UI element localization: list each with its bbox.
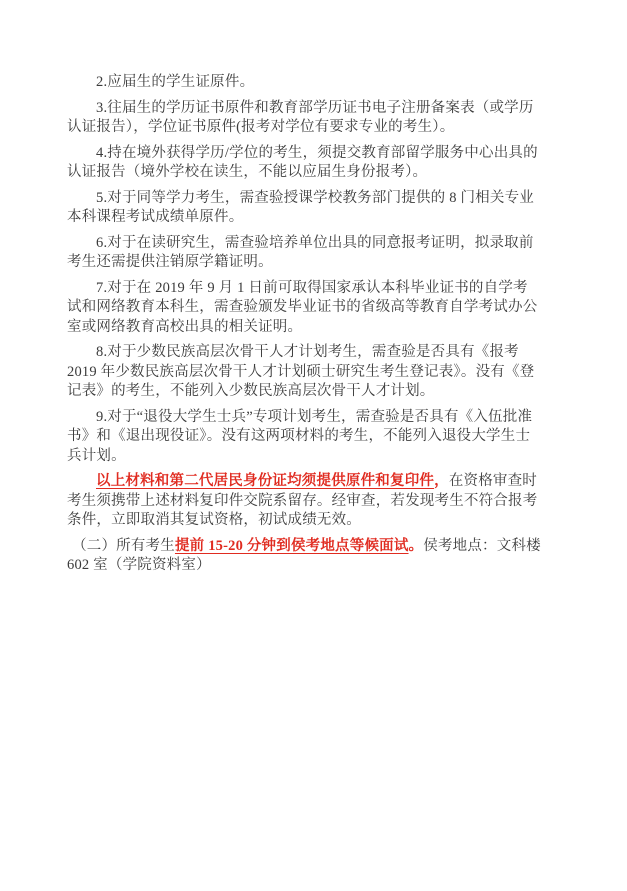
paragraph: 以上材料和第二代居民身份证均须提供原件和复印件，在资格审查时考生须携带上述材料复… — [67, 472, 541, 531]
paragraph: （二）所有考生提前 15-20 分钟到侯考地点等候面试。侯考地点：文科楼602 … — [67, 537, 541, 576]
text-run: 3.往届生的学历证书原件和教育部学历证书电子注册备案表（或学历认证报告），学位证… — [67, 100, 534, 136]
paragraph: 7.对于在 2019 年 9 月 1 日前可取得国家承认本科毕业证书的自学考试和… — [67, 279, 541, 338]
text-run: 7.对于在 2019 年 9 月 1 日前可取得国家承认本科毕业证书的自学考试和… — [67, 280, 537, 335]
text-run: 2.应届生的学生证原件。 — [96, 74, 254, 90]
text-run: 4.持在境外获得学历/学位的考生，须提交教育部留学服务中心出具的认证报告（境外学… — [67, 145, 538, 181]
paragraph: 3.往届生的学历证书原件和教育部学历证书电子注册备案表（或学历认证报告），学位证… — [67, 99, 541, 138]
emphasized-text-run: 提前 15-20 分钟到侯考地点等候面试 — [175, 538, 409, 554]
paragraph: 2.应届生的学生证原件。 — [67, 73, 541, 93]
emphasized-text-run: ， — [434, 473, 449, 489]
emphasized-text-run: 以上材料和第二代居民身份证均须提供原件和复印件 — [96, 473, 434, 489]
text-run: 9.对于“退役大学生士兵”专项计划考生，需查验是否具有《入伍批准书》和《退出现役… — [67, 409, 532, 464]
emphasized-text-run: 。 — [409, 538, 424, 554]
paragraph: 6.对于在读研究生，需查验培养单位出具的同意报考证明，拟录取前考生还需提供注销原… — [67, 234, 541, 273]
document-content: 2.应届生的学生证原件。3.往届生的学历证书原件和教育部学历证书电子注册备案表（… — [67, 73, 541, 576]
paragraph: 4.持在境外获得学历/学位的考生，须提交教育部留学服务中心出具的认证报告（境外学… — [67, 144, 541, 183]
paragraph: 5.对于同等学力考生，需查验授课学校教务部门提供的 8 门相关专业本科课程考试成… — [67, 189, 541, 228]
document-page: 2.应届生的学生证原件。3.往届生的学历证书原件和教育部学历证书电子注册备案表（… — [0, 0, 627, 891]
text-run: （二）所有考生 — [72, 538, 175, 554]
paragraph: 9.对于“退役大学生士兵”专项计划考生，需查验是否具有《入伍批准书》和《退出现役… — [67, 408, 541, 467]
paragraph: 8.对于少数民族高层次骨干人才计划考生，需查验是否具有《报考 2019 年少数民… — [67, 343, 541, 402]
text-run: 6.对于在读研究生，需查验培养单位出具的同意报考证明，拟录取前考生还需提供注销原… — [67, 235, 534, 271]
text-run: 8.对于少数民族高层次骨干人才计划考生，需查验是否具有《报考 2019 年少数民… — [67, 344, 534, 399]
text-run: 5.对于同等学力考生，需查验授课学校教务部门提供的 8 门相关专业本科课程考试成… — [67, 190, 534, 226]
